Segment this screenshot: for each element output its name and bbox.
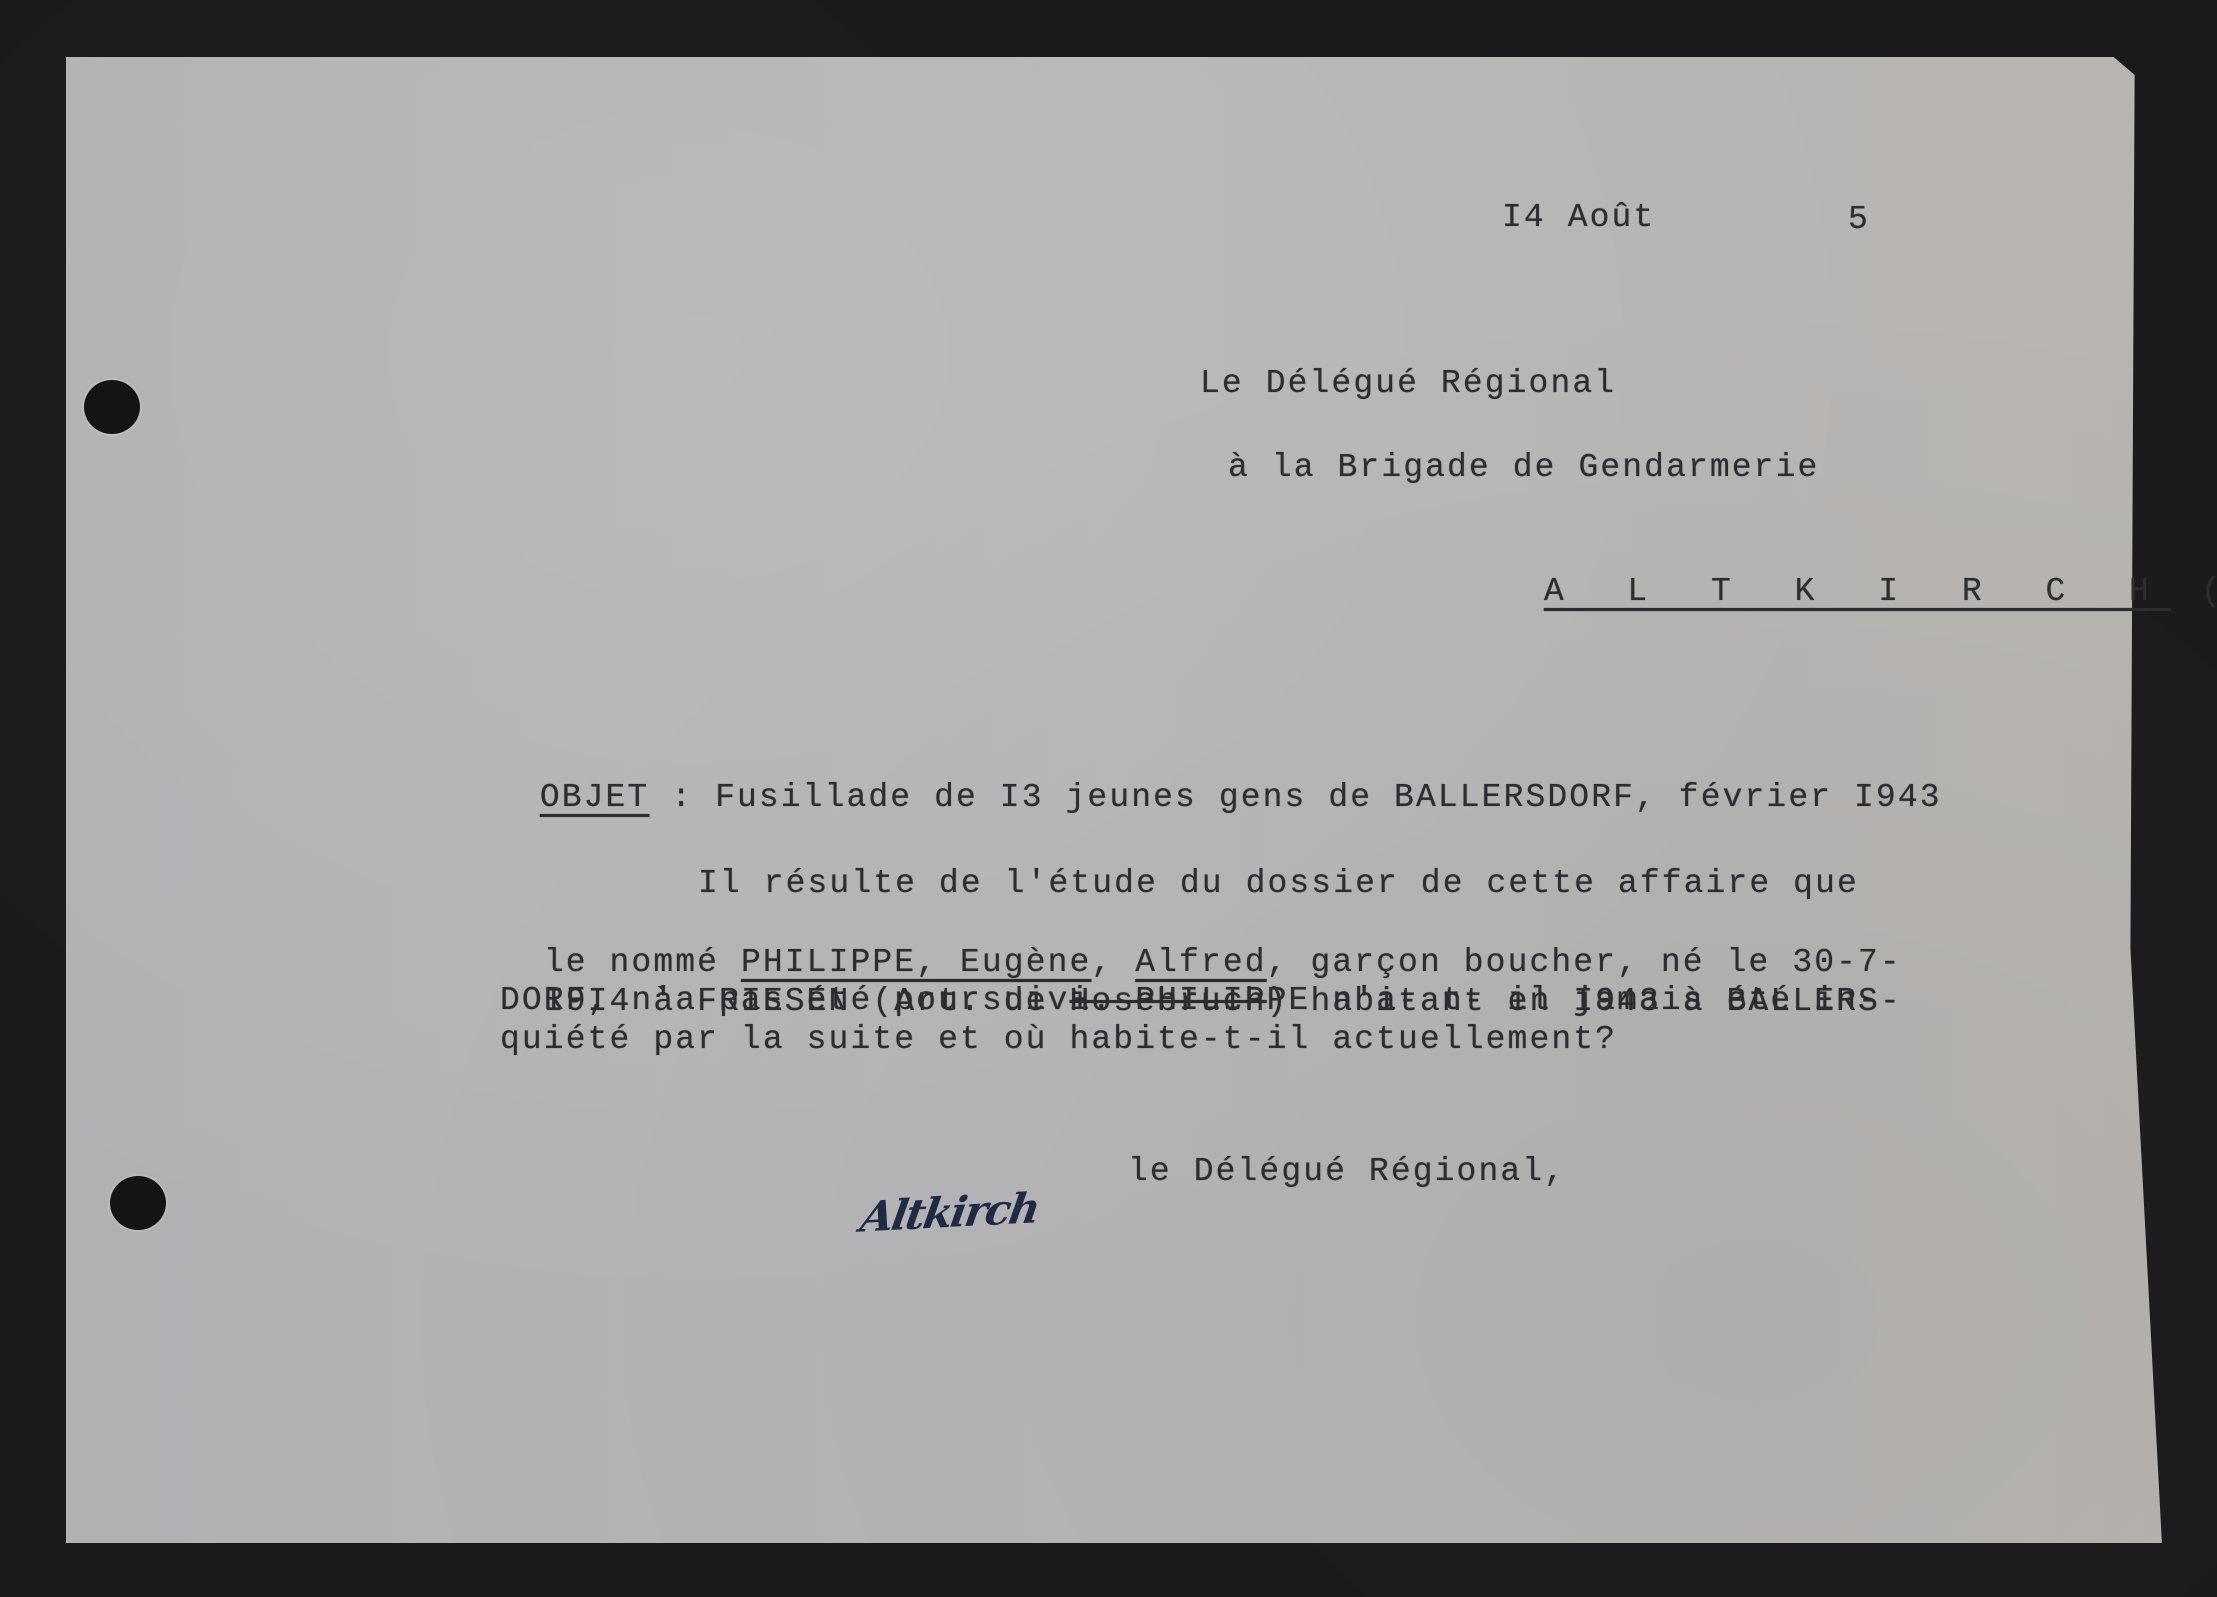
recipient-line: à la Brigade de Gendarmerie	[1228, 448, 1819, 488]
body-line-4: DORF, n'a pas été poursuivi. PHILIPPE n'…	[500, 981, 1880, 1021]
subject-text: Fusillade de I3 jeunes gens de BALLERSDO…	[715, 779, 1942, 816]
recipient-city-block: A L T K I R C H(H.R.)	[1500, 532, 2217, 612]
letter-date: I4 Août	[1502, 198, 1655, 238]
punch-hole-top	[84, 380, 140, 434]
subject-label: OBJET	[540, 779, 650, 816]
subject-line: OBJET : Fusillade de I3 jeunes gens de B…	[496, 738, 1942, 818]
recipient-region: (H.R.)	[2201, 573, 2217, 610]
body-line-1: Il résulte de l'étude du dossier de cett…	[698, 864, 1859, 904]
punch-hole-bottom	[110, 1176, 166, 1230]
subject-separator: :	[649, 779, 715, 816]
sender-title: Le Délégué Régional	[1200, 364, 1616, 404]
letter-number: 5	[1848, 200, 1870, 240]
recipient-city: A L T K I R C H	[1544, 573, 2171, 610]
handwritten-signature: Altkirch	[857, 1183, 1042, 1241]
closing-signature-title: le Délégué Régional,	[1128, 1152, 1566, 1192]
body-line-5: quiété par la suite et où habite-t-il ac…	[500, 1020, 1617, 1060]
